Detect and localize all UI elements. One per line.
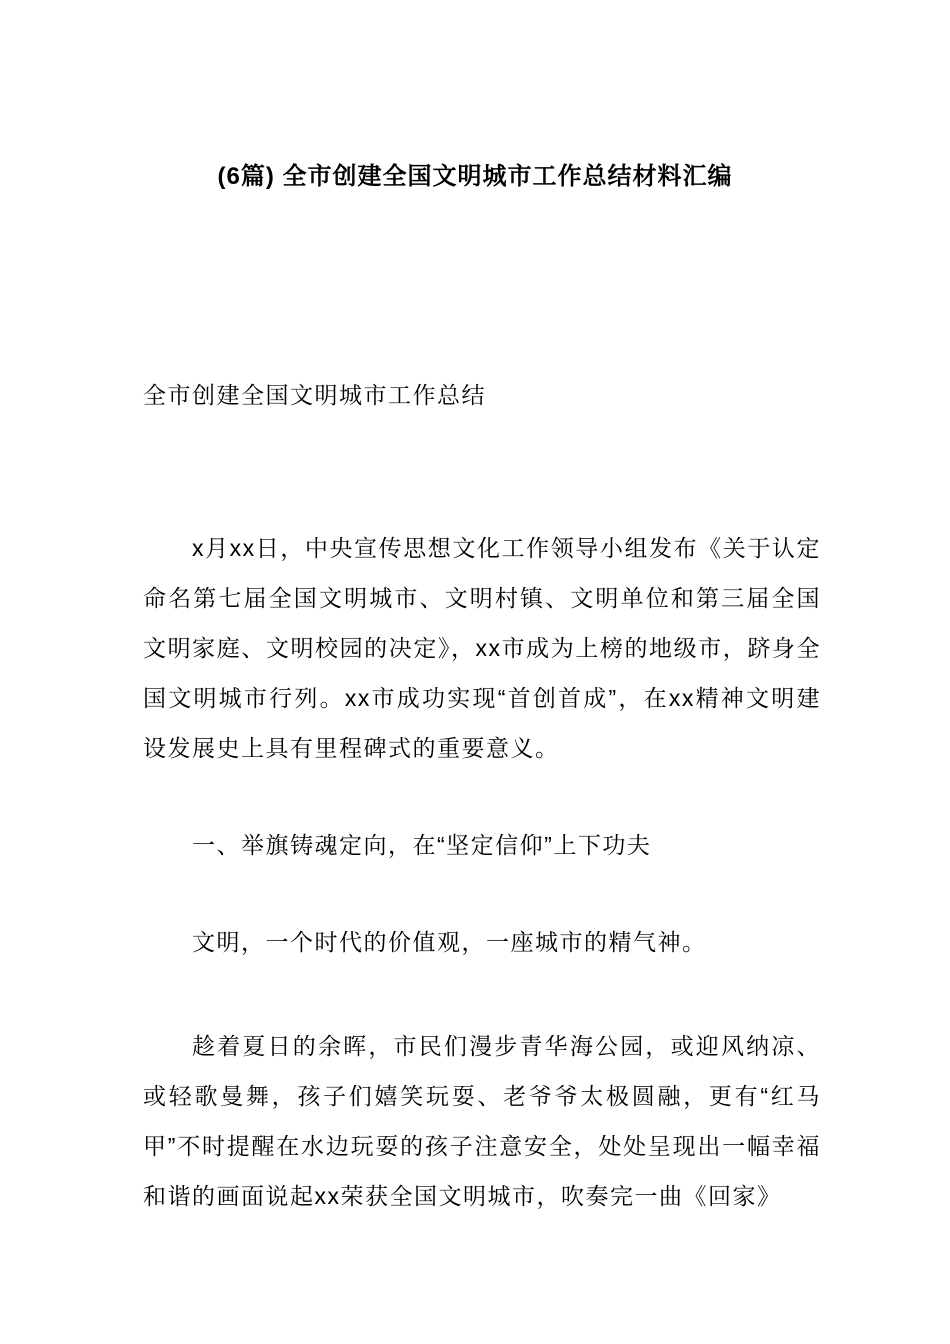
- paragraph-civilization: 文明，一个时代的价值观，一座城市的精气神。: [143, 917, 821, 967]
- document-page: (6篇) 全市创建全国文明城市工作总结材料汇编 全市创建全国文明城市工作总结 x…: [0, 0, 950, 1344]
- doc-subtitle: 全市创建全国文明城市工作总结: [143, 370, 821, 420]
- doc-title: (6篇) 全市创建全国文明城市工作总结材料汇编: [0, 152, 950, 202]
- section-heading-1: 一、举旗铸魂定向，在“坚定信仰”上下功夫: [143, 820, 821, 870]
- paragraph-announcement: x月xx日，中央宣传思想文化工作领导小组发布《关于认定命名第七届全国文明城市、文…: [143, 523, 821, 773]
- paragraph-summer-scene: 趁着夏日的余晖，市民们漫步青华海公园，或迎风纳凉、或轻歌曼舞，孩子们嬉笑玩耍、老…: [143, 1021, 821, 1221]
